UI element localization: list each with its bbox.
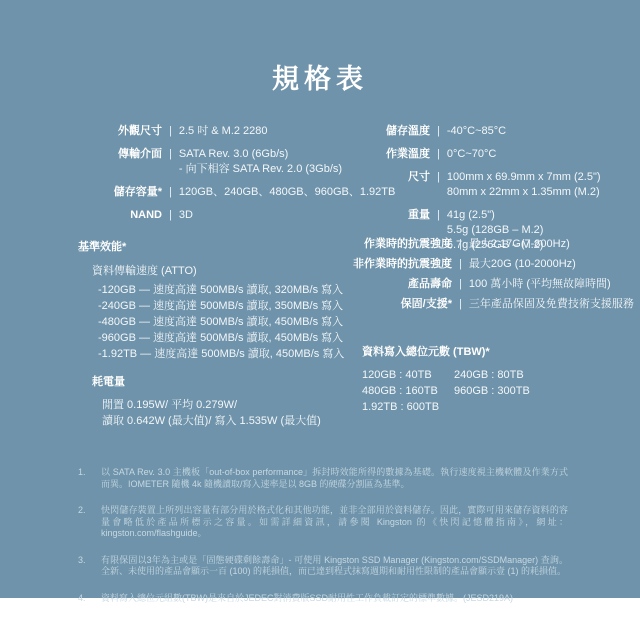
spec-row-nonoperating-vibration: 非作業時的抗震強度 | 最大20G (10-2000Hz) [326, 257, 634, 272]
spec-value: 三年產品保固及免費技術支援服務 [469, 297, 634, 312]
footnote-text: 資料寫入總位元組數(TBW)是來自於JEDEC對消費版SSD耐用性工作負載訂定的… [101, 593, 568, 605]
divider: | [452, 297, 469, 312]
footnote: 3. 有限保固以3年為主或是「固態硬碟剩餘壽命」- 可使用 Kingston S… [78, 555, 568, 578]
spec-row-operating-temp: 作業溫度 | 0°C~70°C [336, 147, 601, 162]
spec-value: 最大20G (10-2000Hz) [469, 257, 576, 272]
tbw-section: 資料寫入總位元數 (TBW)* 120GB : 40TB 240GB : 80T… [362, 343, 530, 415]
spec-label: 傳輸介面 [78, 147, 162, 177]
tbw-row: 1.92TB : 600TB [362, 399, 530, 415]
tbw-heading: 資料寫入總位元數 (TBW)* [362, 343, 530, 359]
spec-label: 保固/支援* [326, 297, 452, 312]
power-heading: 耗電量 [92, 373, 344, 389]
spec-value: 最大2.17G(7-800Hz) [469, 237, 570, 252]
divider: | [162, 185, 179, 200]
speed-line: -1.92TB — 速度高達 500MB/s 讀取, 450MB/s 寫入 [98, 346, 344, 362]
spec-row-mtbf: 產品壽命 | 100 萬小時 (平均無故障時間) [326, 277, 634, 292]
spec-value: -40°C~85°C [447, 124, 506, 139]
page-title: 規格表 [0, 57, 640, 96]
spec-label: 作業時的抗震強度 [326, 237, 452, 252]
power-line: 讀取 0.642W (最大值)/ 寫入 1.535W (最大值) [102, 413, 344, 429]
spec-value: 100mm x 69.9mm x 7mm (2.5") [447, 170, 601, 185]
divider: | [162, 147, 179, 177]
spec-value: SATA Rev. 3.0 (6Gb/s) [179, 147, 342, 162]
tbw-row: 120GB : 40TB 240GB : 80TB [362, 367, 530, 383]
spec-value: 5.5g (128GB – M.2) [447, 223, 544, 238]
divider: | [162, 208, 179, 223]
spec-label: NAND [78, 208, 162, 223]
spec-label: 作業溫度 [336, 147, 430, 162]
footnote-number: 4. [78, 593, 101, 605]
tbw-value: 240GB : 80TB [454, 367, 524, 383]
footnote-number: 3. [78, 555, 101, 578]
footnote-text: 以 SATA Rev. 3.0 主機板「out-of-box performan… [101, 467, 568, 490]
tbw-value: 1.92TB : 600TB [362, 399, 454, 415]
spec-label: 產品壽命 [326, 277, 452, 292]
performance-section: 基準效能* 資料傳輸速度 (ATTO) -120GB — 速度高達 500MB/… [78, 238, 344, 429]
spec-label: 儲存容量* [78, 185, 162, 200]
spec-label: 非作業時的抗震強度 [326, 257, 452, 272]
footnote-text: 快閃儲存裝置上所列出容量有部分用於格式化和其他功能，並非全部用於資料儲存。因此，… [101, 505, 568, 540]
spec-value: 3D [179, 208, 193, 223]
spec-sheet-panel: 規格表 外觀尺寸 | 2.5 吋 & M.2 2280 傳輸介面 | SATA … [0, 0, 640, 598]
spec-label: 儲存溫度 [336, 124, 430, 139]
divider: | [430, 170, 447, 200]
footnote: 1. 以 SATA Rev. 3.0 主機板「out-of-box perfor… [78, 467, 568, 490]
spec-value: 100 萬小時 (平均無故障時間) [469, 277, 611, 292]
tbw-row: 480GB : 160TB 960GB : 300TB [362, 383, 530, 399]
speed-line: -240GB — 速度高達 500MB/s 讀取, 350MB/s 寫入 [98, 298, 344, 314]
spec-row-storage-temp: 儲存溫度 | -40°C~85°C [336, 124, 601, 139]
footnote-text: 有限保固以3年為主或是「固態硬碟剩餘壽命」- 可使用 Kingston SSD … [101, 555, 568, 578]
spec-label: 外觀尺寸 [78, 124, 162, 139]
speed-line: -120GB — 速度高達 500MB/s 讀取, 320MB/s 寫入 [98, 282, 344, 298]
reliability-section: 作業時的抗震強度 | 最大2.17G(7-800Hz) 非作業時的抗震強度 | … [326, 237, 634, 317]
spec-value: 2.5 吋 & M.2 2280 [179, 124, 268, 139]
spec-row-dimensions: 尺寸 | 100mm x 69.9mm x 7mm (2.5") 80mm x … [336, 170, 601, 200]
spec-value: - 向下相容 SATA Rev. 2.0 (3Gb/s) [179, 162, 342, 177]
divider: | [430, 147, 447, 162]
speed-line: -960GB — 速度高達 500MB/s 讀取, 450MB/s 寫入 [98, 330, 344, 346]
tbw-value: 480GB : 160TB [362, 383, 454, 399]
divider: | [162, 124, 179, 139]
spec-row-warranty: 保固/支援* | 三年產品保固及免費技術支援服務 [326, 297, 634, 312]
power-line: 閒置 0.195W/ 平均 0.279W/ [102, 397, 344, 413]
tbw-value: 120GB : 40TB [362, 367, 454, 383]
transfer-speed-subheading: 資料傳輸速度 (ATTO) [92, 262, 344, 278]
spec-value: 41g (2.5") [447, 208, 544, 223]
footnotes-section: 1. 以 SATA Rev. 3.0 主機板「out-of-box perfor… [78, 467, 568, 619]
divider: | [430, 124, 447, 139]
spec-value: 0°C~70°C [447, 147, 496, 162]
spec-row-operating-vibration: 作業時的抗震強度 | 最大2.17G(7-800Hz) [326, 237, 634, 252]
spec-label: 尺寸 [336, 170, 430, 200]
footnote-number: 1. [78, 467, 101, 490]
footnote: 4. 資料寫入總位元組數(TBW)是來自於JEDEC對消費版SSD耐用性工作負載… [78, 593, 568, 605]
divider: | [452, 237, 469, 252]
divider: | [452, 277, 469, 292]
speed-line: -480GB — 速度高達 500MB/s 讀取, 450MB/s 寫入 [98, 314, 344, 330]
spec-value: 80mm x 22mm x 1.35mm (M.2) [447, 185, 601, 200]
divider: | [452, 257, 469, 272]
performance-heading: 基準效能* [78, 238, 344, 254]
tbw-value: 960GB : 300TB [454, 383, 530, 399]
footnote-number: 2. [78, 505, 101, 540]
footnote: 2. 快閃儲存裝置上所列出容量有部分用於格式化和其他功能，並非全部用於資料儲存。… [78, 505, 568, 540]
